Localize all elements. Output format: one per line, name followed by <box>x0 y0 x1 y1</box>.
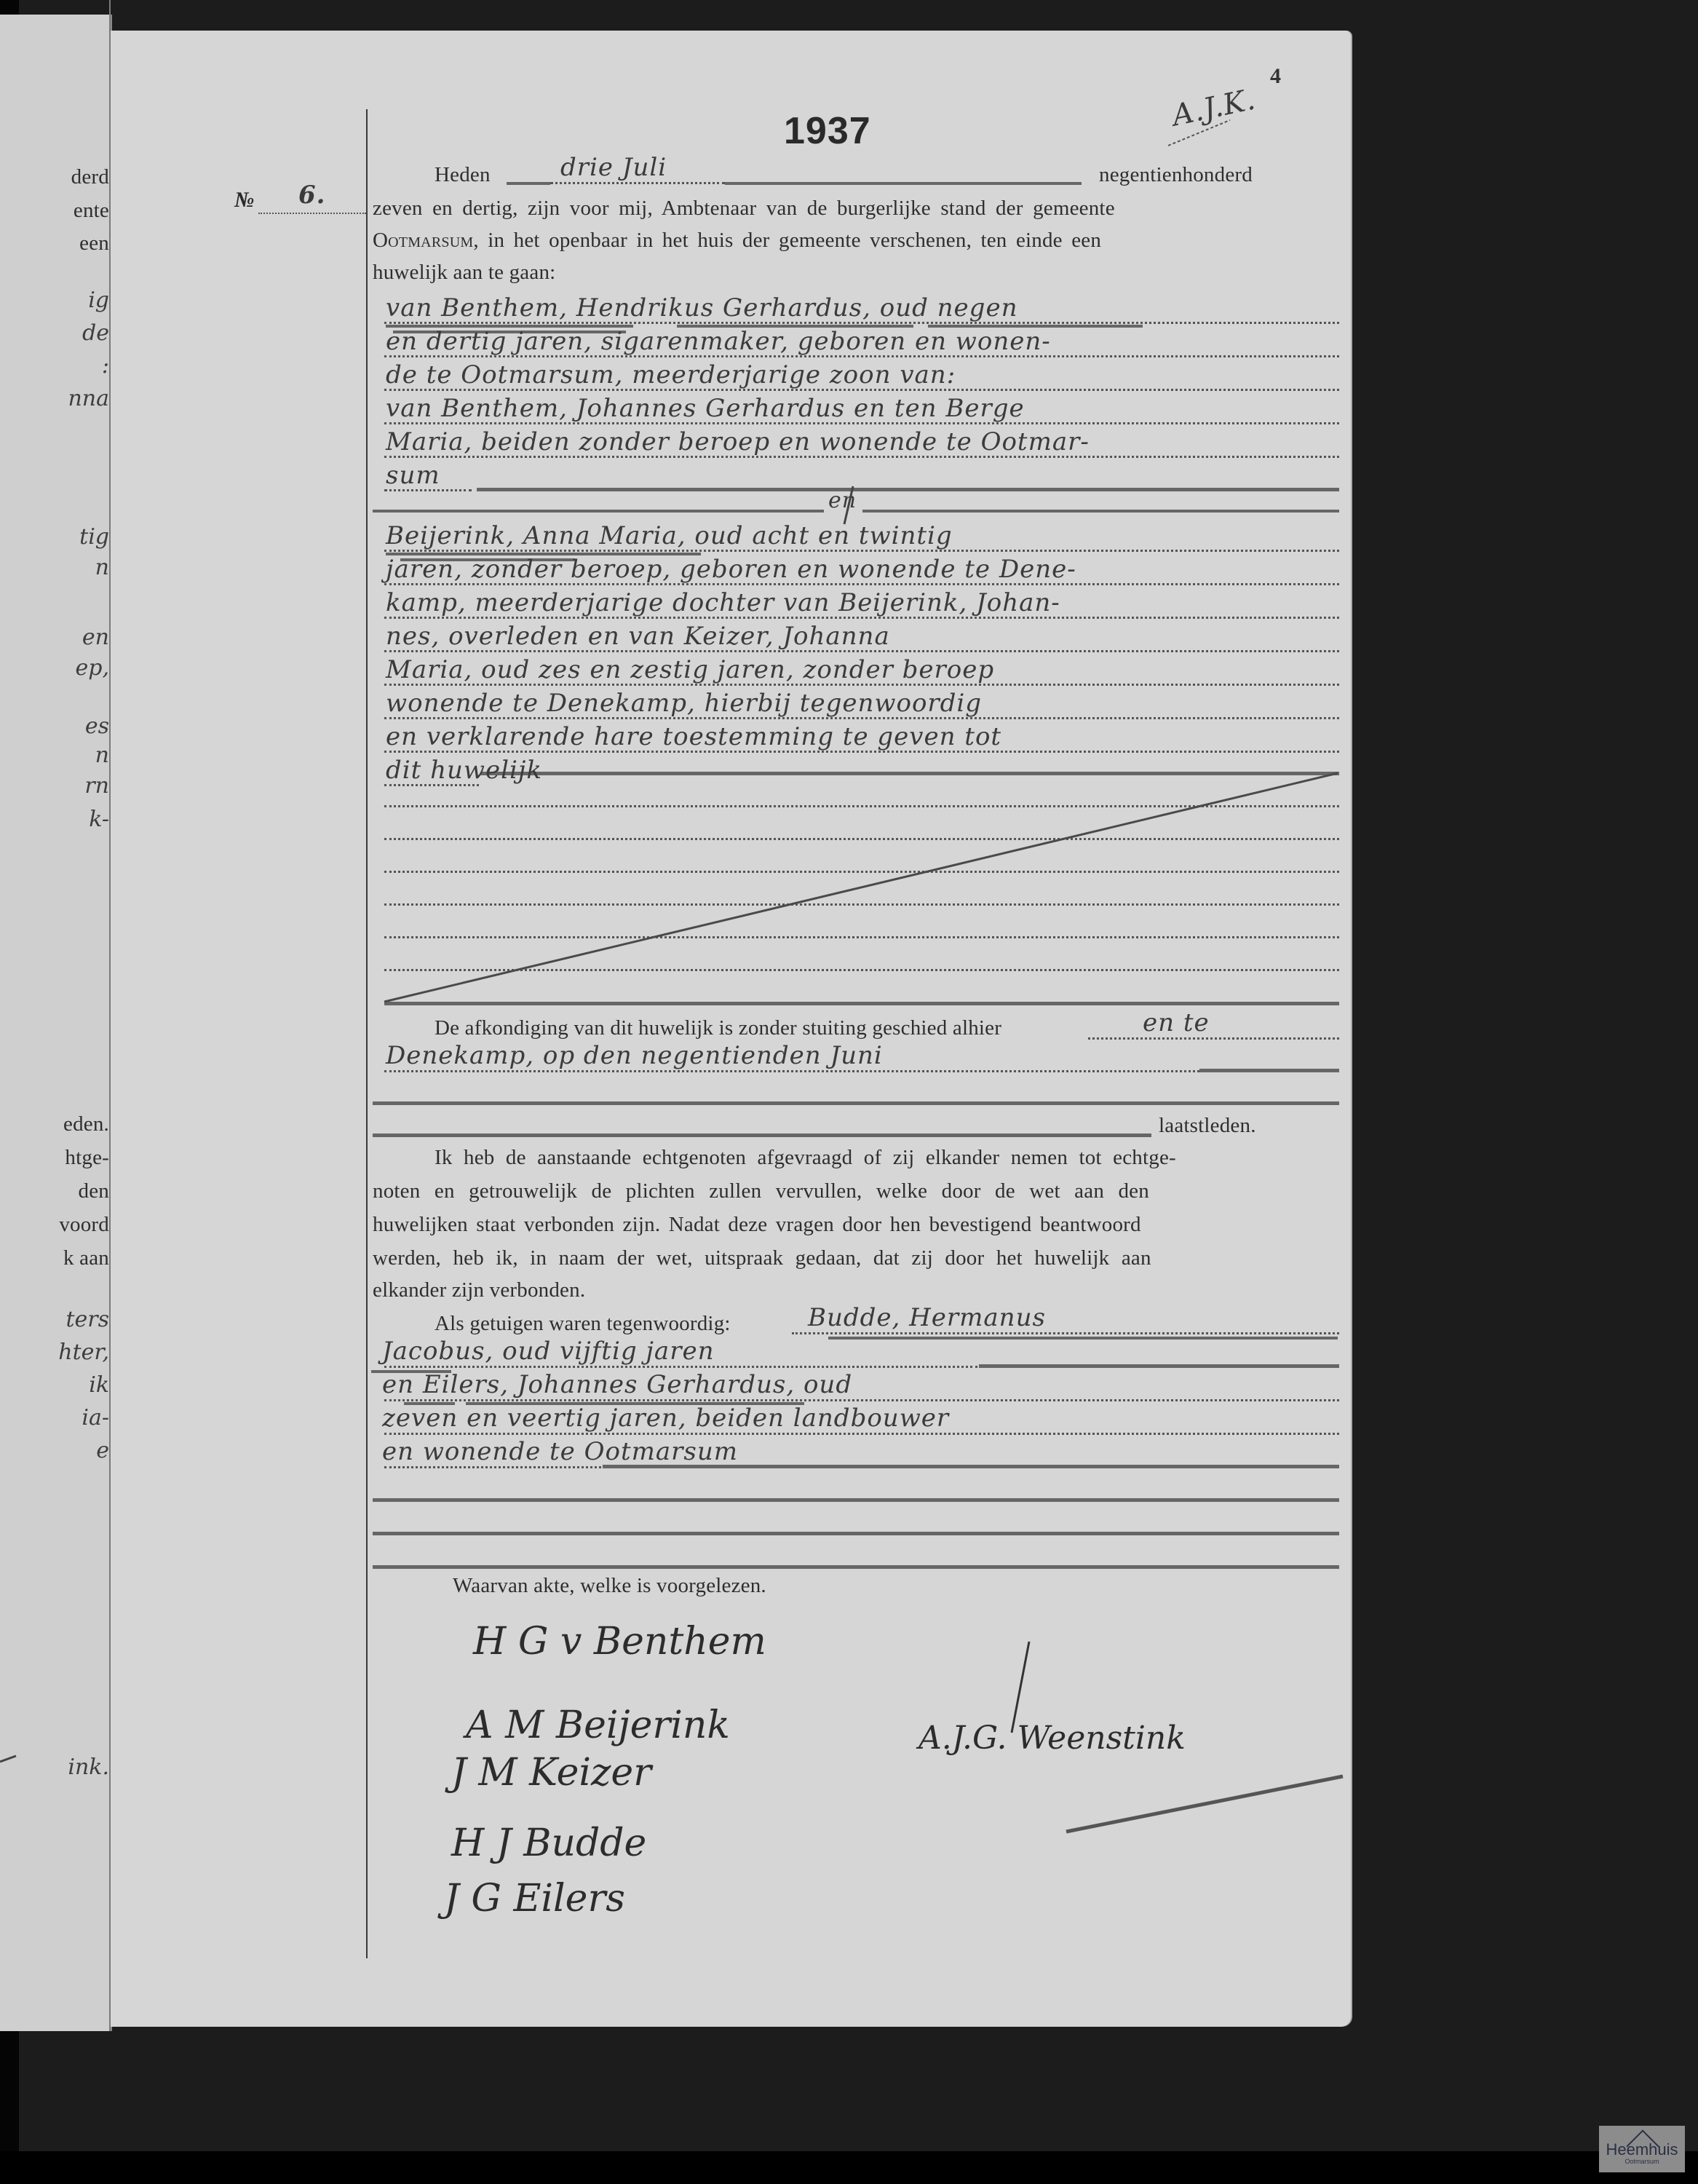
year-words-1: negentienhonderd <box>1099 163 1253 187</box>
intro-line-3: Ootmarsum, in het openbaar in het huis d… <box>373 229 1101 253</box>
date-line-end <box>725 182 1082 185</box>
proclamation-text: De afkondiging van dit huwelijk is zonde… <box>435 1016 1001 1040</box>
ruled-line <box>384 1070 1199 1072</box>
ruled-line <box>384 1399 1339 1401</box>
blank-line <box>373 1532 1339 1535</box>
closing-line <box>477 488 1339 491</box>
groom-line: sum <box>386 461 440 490</box>
blank-line <box>373 1101 1339 1105</box>
declaration-line: elkander zijn verbonden. <box>373 1278 585 1302</box>
bride-line: Beijerink, Anna Maria, oud acht en twint… <box>386 521 953 550</box>
fragment-text: den <box>19 1179 109 1203</box>
bride-line: nes, overleden en van Keizer, Johanna <box>386 622 890 651</box>
signature-witness-1: H J Budde <box>451 1821 646 1865</box>
groom-line: Maria, beiden zonder beroep en wonende t… <box>386 427 1090 456</box>
signature-witness-2: J G Eilers <box>444 1877 625 1920</box>
fragment-hand: k- <box>19 807 109 832</box>
blank-line <box>373 1565 1339 1569</box>
ruled-line <box>1088 1037 1339 1040</box>
ruled-line <box>792 1332 1339 1334</box>
witnesses-label: Als getuigen waren tegenwoordig: <box>435 1312 731 1336</box>
fragment-text: een <box>19 232 109 256</box>
signature-bride: A M Beijerink <box>466 1704 730 1747</box>
intro-line-3-rest: , in het openbaar in het huis der gemeen… <box>473 229 1101 252</box>
fragment-hand: n <box>19 743 109 768</box>
fragment-text: htge- <box>19 1146 109 1170</box>
record-number-label: № <box>234 188 254 213</box>
conjunction-line-left <box>373 510 824 513</box>
declaration-line: werden, heb ik, in naam der wet, uitspra… <box>373 1246 1151 1270</box>
date-line-start <box>507 182 550 185</box>
fragment-hand: de <box>19 320 109 346</box>
ruled-line <box>384 838 1339 840</box>
witness-line: en Eilers, Johannes Gerhardus, oud <box>382 1370 852 1399</box>
groom-line: van Benthem, Johannes Gerhardus en ten B… <box>386 394 1025 423</box>
fragment-hand: tig <box>19 524 109 550</box>
closing-line <box>1199 1069 1339 1072</box>
bride-line: Maria, oud zes en zestig jaren, zonder b… <box>386 655 994 684</box>
bride-line: jaren, zonder beroep, geboren en wonende… <box>386 555 1076 584</box>
proclamation-hand-1: en te <box>1143 1008 1210 1037</box>
closing-line <box>480 772 1339 775</box>
fragment-hand: ep, <box>19 655 109 681</box>
fragment-hand: : <box>19 353 109 379</box>
signature-mother: J M Keizer <box>451 1751 651 1795</box>
date-line-dots <box>550 182 725 184</box>
witness-line: Jacobus, oud vijftig jaren <box>382 1337 714 1366</box>
declaration-line: noten en getrouwelijk de plichten zullen… <box>373 1179 1149 1203</box>
groom-line: de te Ootmarsum, meerderjarige zoon van: <box>386 360 956 389</box>
previous-page-sliver <box>0 15 112 2031</box>
signature-groom: H G v Benthem <box>473 1620 766 1663</box>
fragment-hand: rn <box>19 773 109 799</box>
fragment-hand: en <box>19 625 109 650</box>
bride-line: en verklarende hare toestemming te geven… <box>386 722 1001 751</box>
ruled-line <box>384 1433 1339 1435</box>
bride-line: wonende te Denekamp, hierbij tegenwoordi… <box>386 689 982 718</box>
ruled-line <box>384 871 1339 873</box>
intro-line-4: huwelijk aan te gaan: <box>373 261 555 285</box>
conjunction: en <box>828 488 857 513</box>
groom-line: van Benthem, Hendrikus Gerhardus, oud ne… <box>386 293 1017 323</box>
ruled-line <box>384 969 1339 971</box>
fragment-hand: es <box>19 713 109 739</box>
declaration-line: huwelijken staat verbonden zijn. Nadat d… <box>373 1213 1141 1237</box>
conjunction-line-right <box>862 510 1339 513</box>
fragment-hand: ik <box>19 1372 109 1398</box>
register-year: 1937 <box>784 109 871 153</box>
witness-underline <box>828 1337 1338 1340</box>
ruled-line <box>384 1366 977 1368</box>
intro-line-2: zeven en dertig, zijn voor mij, Ambtenaa… <box>373 197 1115 221</box>
closing-line <box>384 1002 1339 1005</box>
declaration-line: Ik heb de aanstaande echtgenoten afgevra… <box>435 1146 1176 1170</box>
blank-line <box>373 1498 1339 1502</box>
binding-fold <box>109 0 111 2031</box>
groom-line: en dertig jaren, sigarenmaker, geboren e… <box>386 327 1051 356</box>
witness-line: Budde, Hermanus <box>808 1303 1046 1332</box>
fragment-hand: nna <box>19 386 109 411</box>
page-number: 4 <box>1270 64 1281 89</box>
fragment-hand: n <box>19 555 109 580</box>
fragment-text: k aan <box>19 1246 109 1270</box>
fragment-text: ente <box>19 199 109 223</box>
fragment-hand: ig <box>19 288 109 313</box>
ruled-line <box>384 1466 606 1468</box>
marriage-date: drie Juli <box>560 153 667 182</box>
ruled-line <box>384 805 1339 807</box>
bride-line: kamp, meerderjarige dochter van Beijerin… <box>386 588 1060 617</box>
ruled-line <box>384 903 1339 906</box>
scan-bottom-edge <box>0 2151 1698 2184</box>
fragment-hand: hter, <box>19 1340 109 1365</box>
proclamation-hand-2: Denekamp, op den negentienden Juni <box>386 1041 883 1070</box>
heemhuis-logo: Heemhuis Ootmarsum <box>1599 2126 1685 2172</box>
fragment-text: eden. <box>19 1112 109 1136</box>
ruled-line <box>384 936 1339 938</box>
fragment-hand: ters <box>19 1307 109 1332</box>
municipality-name: Ootmarsum <box>373 229 473 252</box>
fragment-text: derd <box>19 165 109 189</box>
fragment-text: voord <box>19 1213 109 1237</box>
laatstleden-label: laatstleden. <box>1159 1114 1256 1138</box>
bride-line: dit huwelijk <box>386 756 542 785</box>
record-number-value: 6. <box>298 181 326 210</box>
fragment-hand: ia- <box>19 1405 109 1431</box>
fragment-hand: e <box>19 1438 109 1463</box>
fragment-signature: ink. <box>19 1754 109 1780</box>
heden-label: Heden <box>435 163 491 187</box>
witness-line: zeven en veertig jaren, beiden landbouwe… <box>382 1404 949 1433</box>
closing-statement: Waarvan akte, welke is voorgelezen. <box>453 1574 766 1598</box>
margin-rule <box>366 109 368 1958</box>
record-number-line <box>258 213 366 214</box>
witness-line: en wonende te Ootmarsum <box>382 1437 738 1466</box>
blank-line <box>373 1133 1151 1137</box>
closing-line <box>979 1364 1339 1368</box>
signature-official: A.J.G. Weenstink <box>919 1720 1186 1757</box>
